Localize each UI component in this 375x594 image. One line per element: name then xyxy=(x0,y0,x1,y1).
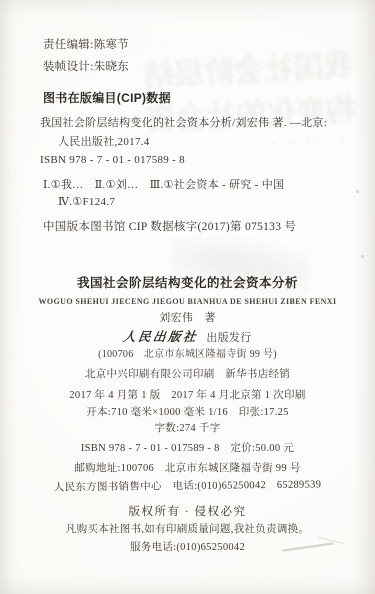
mail-order-address-line: 邮购地址:100706 北京市东城区隆福寺街 99 号 xyxy=(0,463,375,475)
printer-distributor-line: 北京中兴印刷有限公司印刷 新华书店经销 xyxy=(0,369,375,381)
cip-record-number-line: 中国版本图书馆 CIP 数据核字(2017)第 075133 号 xyxy=(43,221,296,234)
copyright-notice: 版权所有 · 侵权必究 xyxy=(0,506,375,519)
isbn-price-line: ISBN 978 - 7 - 01 - 017589 - 8 定价:50.00 … xyxy=(0,443,375,455)
cip-title-line: 我国社会阶层结构变化的社会资本分析/刘宏伟 著. —北京: xyxy=(40,117,327,130)
service-phone-line: 服务电话:(010)65250042 xyxy=(0,542,375,554)
responsible-editor-line: 责任编辑:陈寒节 xyxy=(43,39,129,52)
publisher-role-label: 出版发行 xyxy=(206,332,251,344)
cip-classification-line2: Ⅳ.①F124.7 xyxy=(58,196,115,209)
sales-center-phone-line: 人民东方图书销售中心 电话:(010)65250042 65289539 xyxy=(0,479,375,496)
cip-publisher-line: 人民出版社,2017.4 xyxy=(58,136,150,149)
quality-guarantee-line: 凡购买本社图书,如有印刷质量问题,我社负责调换。 xyxy=(0,524,375,536)
cip-isbn-line: ISBN 978 - 7 - 01 - 017589 - 8 xyxy=(40,154,185,167)
cip-classification-line: Ⅰ.①我… Ⅱ.①刘… Ⅲ.①社会资本 - 研究 - 中国 xyxy=(43,179,284,192)
book-title-pinyin: WOGUO SHEHUI JIECENG JIEGOU BIANHUA DE S… xyxy=(0,297,375,306)
scan-speck xyxy=(356,190,359,193)
publisher-address-line: (100706 北京市东城区隆福寺街 99 号) xyxy=(0,349,375,361)
scan-speck xyxy=(361,255,364,258)
book-copyright-page: 我国社会阶层结构变化的社会资本分析 责任编辑:陈寒节 装帧设计:朱晓东 图书在版… xyxy=(0,0,375,594)
publisher-logotype: 人民出版社 xyxy=(122,330,199,344)
format-sheets-line: 开本:710 毫米×1000 毫米 1/16 印张:17.25 xyxy=(0,407,375,419)
book-title: 我国社会阶层结构变化的社会资本分析 xyxy=(0,276,375,290)
publisher-line: 人民出版社出版发行 xyxy=(0,330,375,345)
author-name: 刘宏伟 著 xyxy=(0,312,375,325)
word-count-line: 字数:274 千字 xyxy=(0,423,375,435)
edition-printing-line: 2017 年 4 月第 1 版 2017 年 4 月北京第 1 次印刷 xyxy=(0,390,375,402)
binding-designer-line: 装帧设计:朱晓东 xyxy=(43,61,129,74)
cip-data-heading: 图书在版编目(CIP)数据 xyxy=(43,92,171,106)
